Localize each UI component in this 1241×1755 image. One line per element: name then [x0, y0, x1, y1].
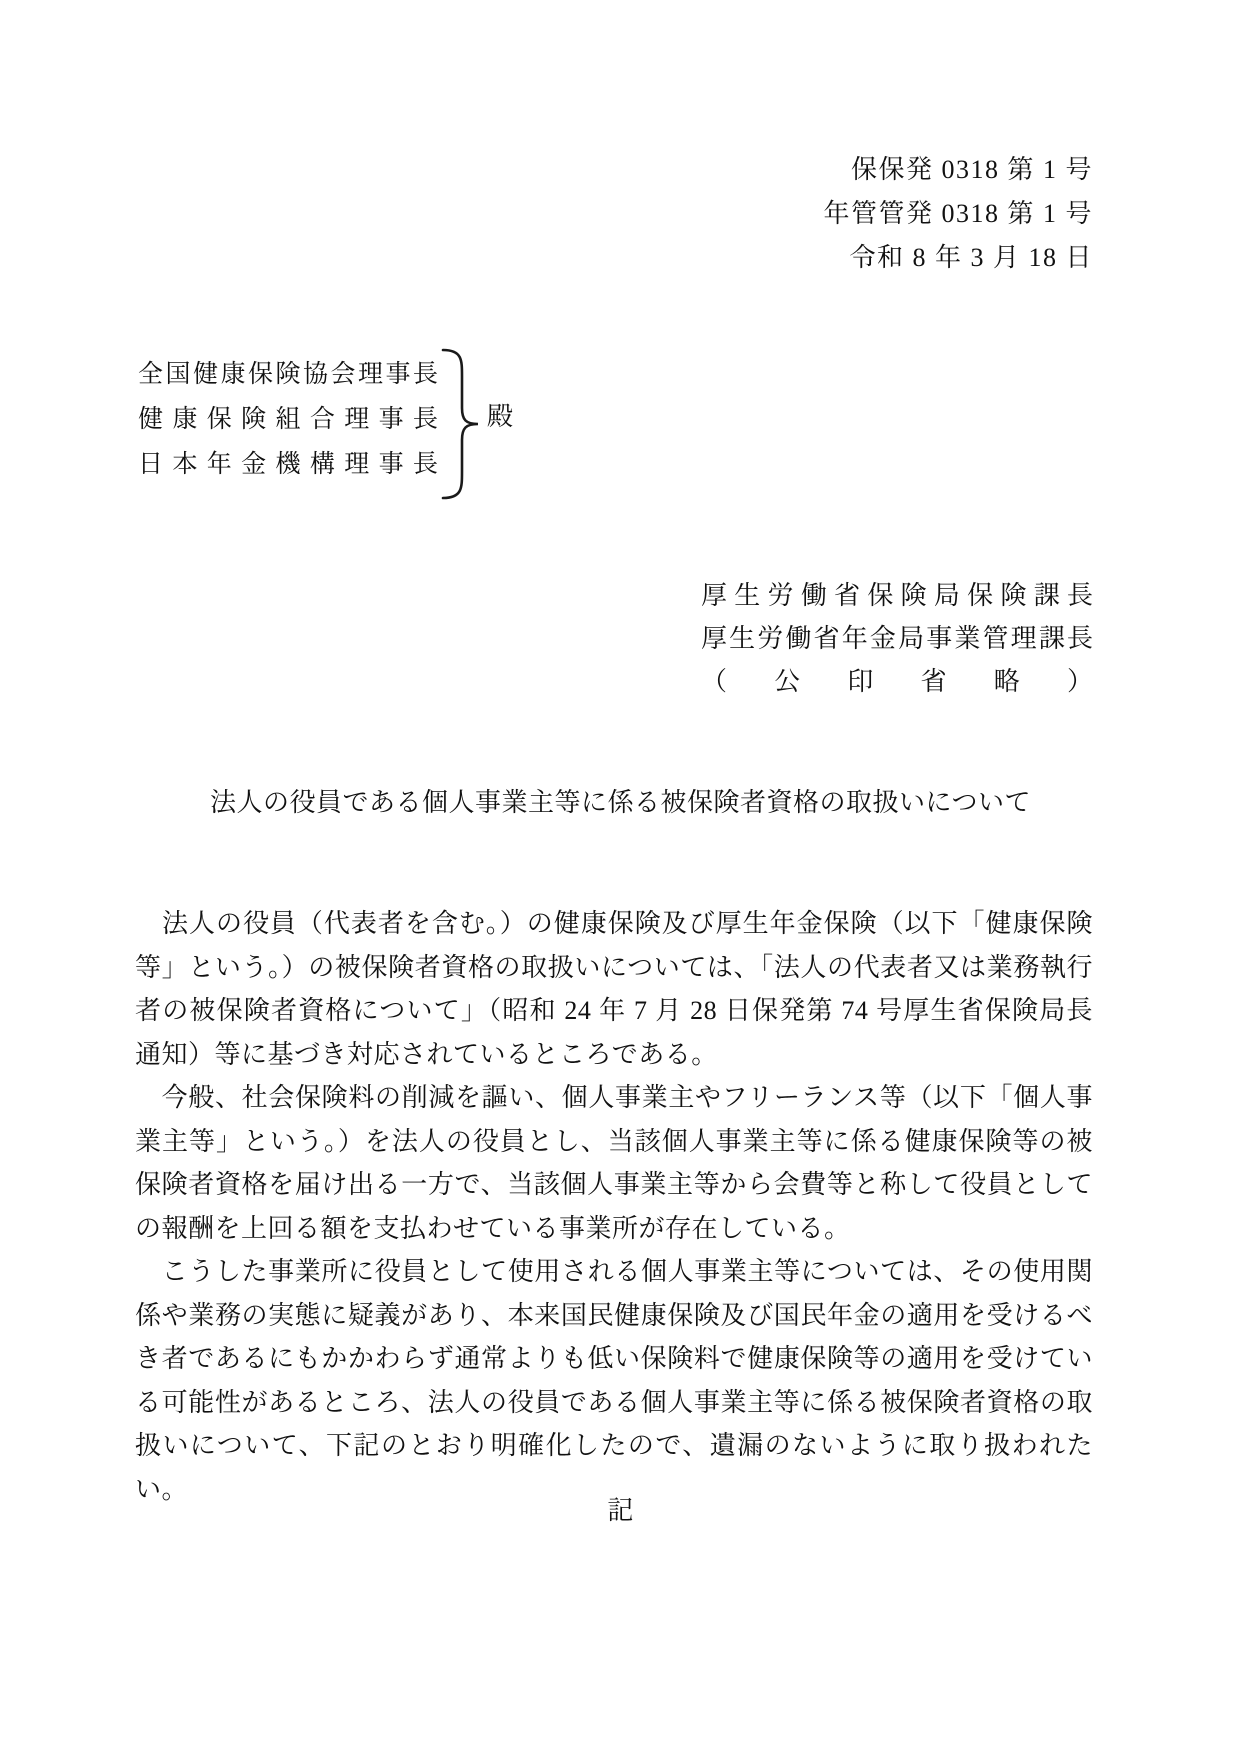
date-line: 令和 8 年 3 月 18 日 [823, 236, 1093, 280]
document-page: 保保発 0318 第 1 号 年管管発 0318 第 1 号 令和 8 年 3 … [0, 0, 1241, 1755]
docket-block: 保保発 0318 第 1 号 年管管発 0318 第 1 号 令和 8 年 3 … [823, 148, 1093, 280]
recipient-name-3: 日本年金機構理事長 [138, 442, 438, 487]
sender-title-1: 厚生労働省保険局保険課長 [701, 574, 1093, 617]
seal-omitted-note: （ 公 印 省 略 ） [701, 660, 1093, 703]
body-paragraph-2: 今般、社会保険料の削減を謳い、個人事業主やフリーランス等（以下「個人事業主等」と… [135, 1076, 1093, 1250]
document-body: 法人の役員（代表者を含む。）の健康保険及び厚生年金保険（以下「健康保険等」という… [135, 902, 1093, 1511]
honorific: 殿 [487, 404, 513, 430]
recipient-block: 全国健康保険協会理事長 健康保険組合理事長 日本年金機構理事長 [138, 352, 438, 487]
sender-title-2: 厚生労働省年金局事業管理課長 [701, 617, 1093, 660]
docket-number-line-1: 保保発 0318 第 1 号 [823, 148, 1093, 192]
record-marker: 記 [0, 1490, 1241, 1527]
recipient-name-1: 全国健康保険協会理事長 [138, 352, 438, 397]
docket-number-line-2: 年管管発 0318 第 1 号 [823, 192, 1093, 236]
sender-block: 厚生労働省保険局保険課長 厚生労働省年金局事業管理課長 （ 公 印 省 略 ） [701, 574, 1093, 703]
document-title: 法人の役員である個人事業主等に係る被保険者資格の取扱いについて [0, 782, 1241, 819]
body-paragraph-3: こうした事業所に役員として使用される個人事業主等については、その使用関係や業務の… [135, 1250, 1093, 1511]
body-paragraph-1: 法人の役員（代表者を含む。）の健康保険及び厚生年金保険（以下「健康保険等」という… [135, 902, 1093, 1076]
curly-brace-icon [437, 346, 481, 502]
recipient-name-2: 健康保険組合理事長 [138, 397, 438, 442]
